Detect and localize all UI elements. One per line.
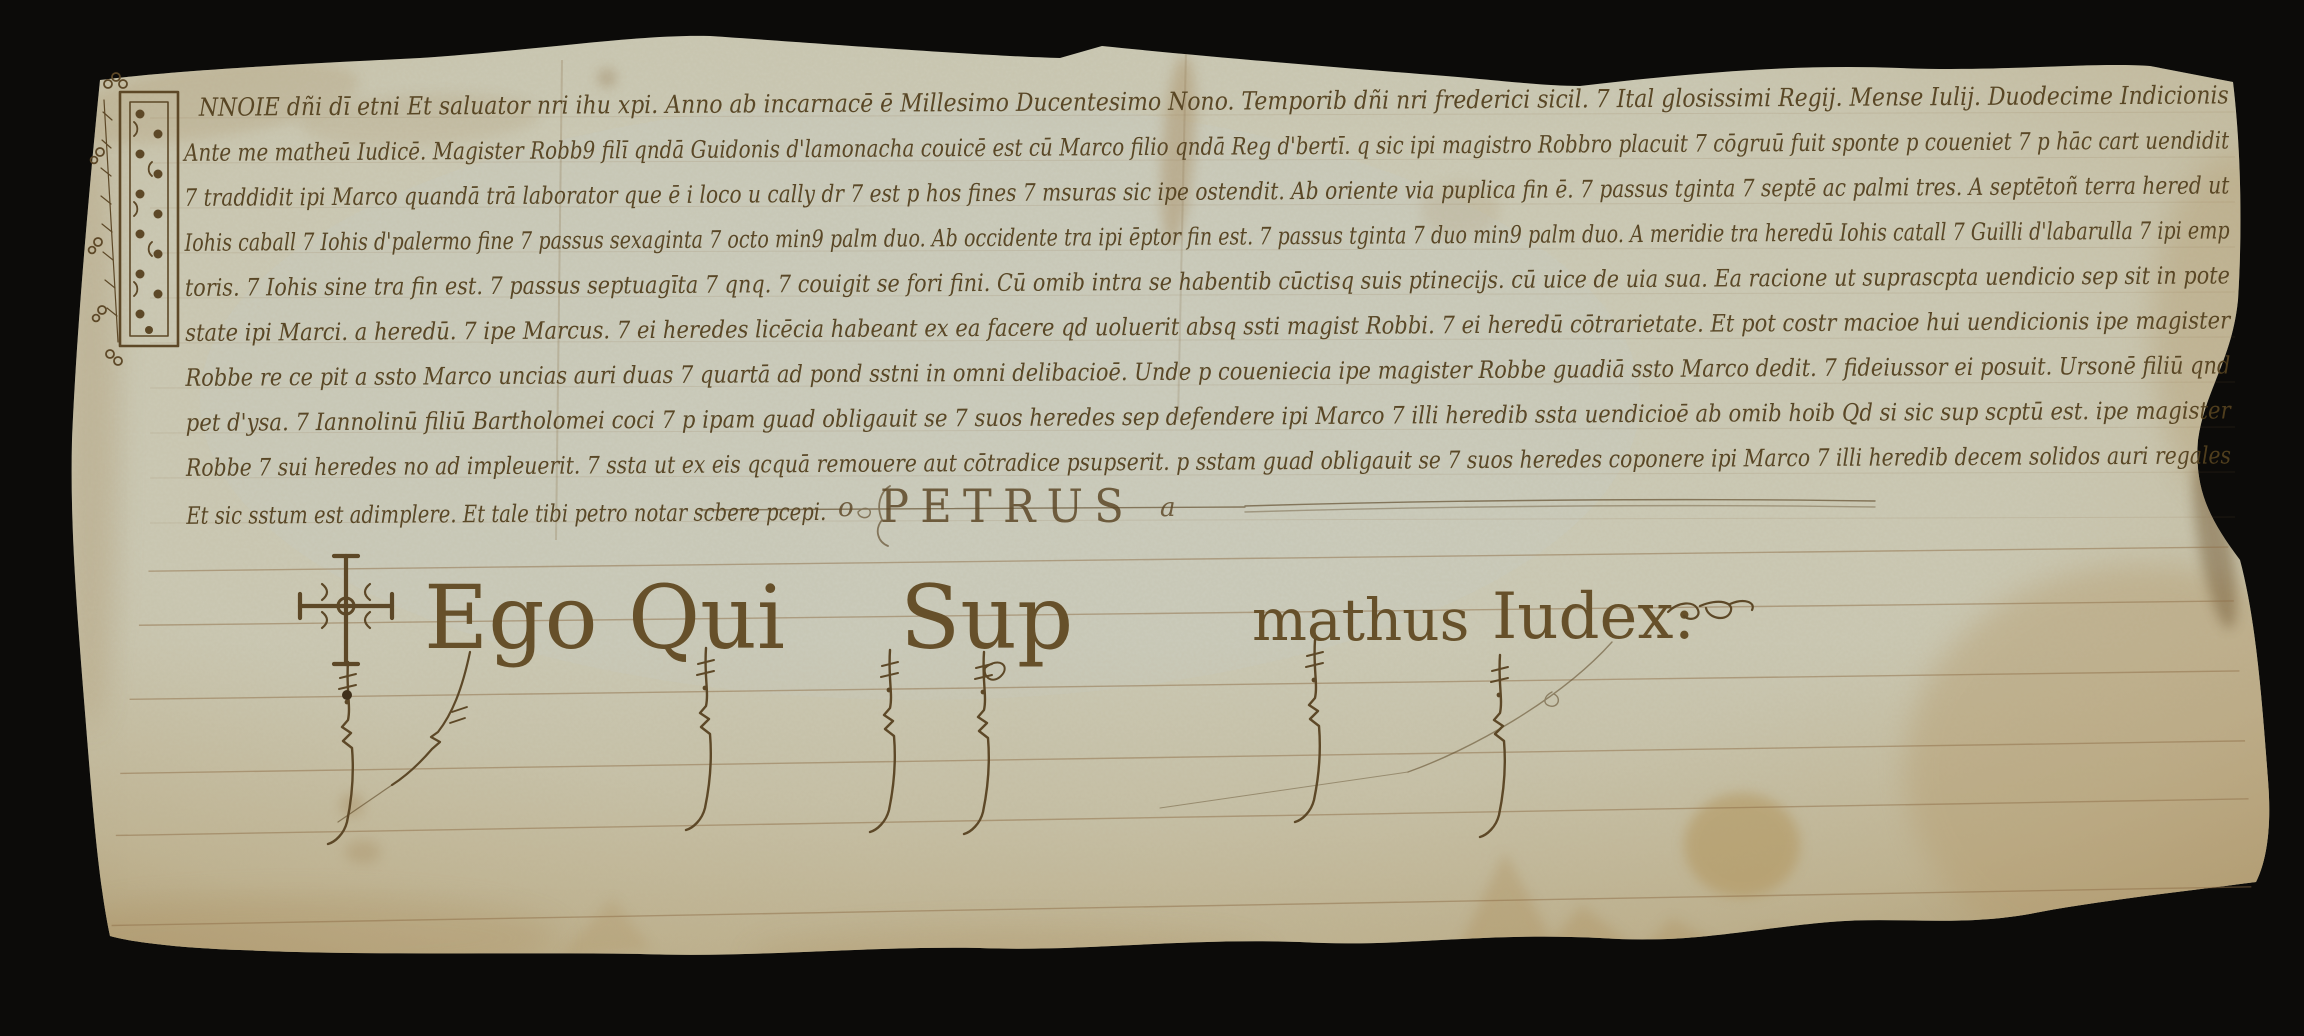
subscription-word-sup: Sup (900, 566, 1073, 669)
flourish-ink-blob (342, 690, 352, 700)
parchment-photograph: I NNOIE dñi dī etni Et saluator nri ihu … (0, 0, 2304, 1036)
body-line-10: Et sic sstum est adimplere. Et tale tibi… (185, 498, 826, 530)
subscription-word-ego: Ego (424, 566, 598, 669)
subscription-word-iudex: Iudex: (1492, 580, 1695, 654)
subscription-word-matheus: mathus (1252, 586, 1469, 654)
petrus-signum: PETRUS (880, 479, 1135, 533)
signum-prefix: o (838, 493, 854, 523)
photo-stage: I NNOIE dñi dī etni Et saluator nri ihu … (0, 0, 2304, 1036)
